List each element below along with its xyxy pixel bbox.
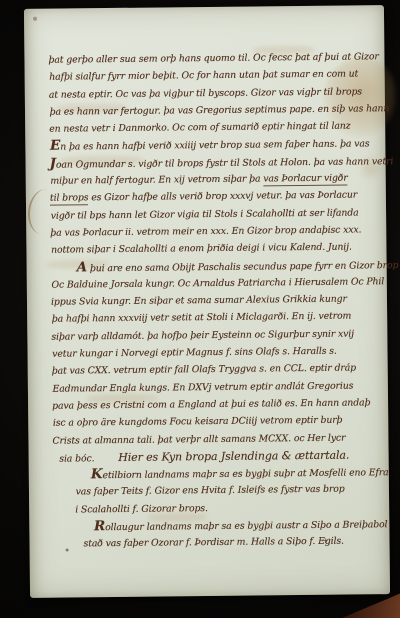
manuscript-line: vigðr til bps hann let Gizor vigia til S… <box>51 204 371 225</box>
manuscript-line: Oc Balduine Jorsala kungr. Oc Arnaldus P… <box>51 273 371 294</box>
text-block: þat gerþo aller sua sem orþ hans quomo t… <box>48 48 373 553</box>
manuscript-line: þa es hann var fertogur. þa vas Gregoriu… <box>50 100 370 121</box>
manuscript-line: Eadmundar Engla kungs. En DXVj vetrum ep… <box>52 377 372 398</box>
manuscript-line: vas faþer Teits f. Gizor ens Hvita f. Is… <box>54 481 374 502</box>
manuscript-line: isc a oþro äre kungdoms Focu keisara DCi… <box>53 412 373 433</box>
line-text: es Gizor hafþe alls verið brop xxxvj vet… <box>88 190 357 204</box>
underline-annotation: vas Þorlacur vigðr <box>263 173 348 186</box>
manuscript-line: þa hafþi hann xxxviij vetr setit at Stol… <box>52 308 372 329</box>
manuscript-line: miþur en half fertogur. En xij vetrom si… <box>50 169 370 190</box>
photo-background: + þat gerþo aller sua sem orþ hans quomo… <box>0 0 400 618</box>
ink-dot <box>33 17 37 21</box>
manuscript-line: stað vas faþer Ozorar f. Þordisar m. Hal… <box>53 533 373 554</box>
chapter-heading: Hier es Kyn bropa Jslendinga & ættartala… <box>118 446 349 466</box>
underline-annotation: til brops <box>50 193 89 206</box>
colophon-text: sia bóc. <box>53 450 94 468</box>
manuscript-line: hafþi sialfur fyrr mior beþit. Oc for ha… <box>49 66 369 87</box>
manuscript-line: Rollaugur landnams maþr sa es bygþi aust… <box>54 515 374 536</box>
manuscript-page: + þat gerþo aller sua sem orþ hans quomo… <box>24 5 390 598</box>
binding-edge <box>342 592 400 618</box>
line-text: miþur en half fertogur. En xij vetrom si… <box>50 173 263 186</box>
manuscript-line: sia bóc. Hier es Kyn bropa Jslendinga & … <box>53 446 373 467</box>
manuscript-line: vetur kungar i Norvegi eptir Magnus f. s… <box>52 342 372 363</box>
manuscript-line: En þa es hann hafþi verið xxiiij vetr br… <box>50 135 370 156</box>
manuscript-line: nottom siþar i Scalahollti a enom þriðia… <box>51 239 371 260</box>
